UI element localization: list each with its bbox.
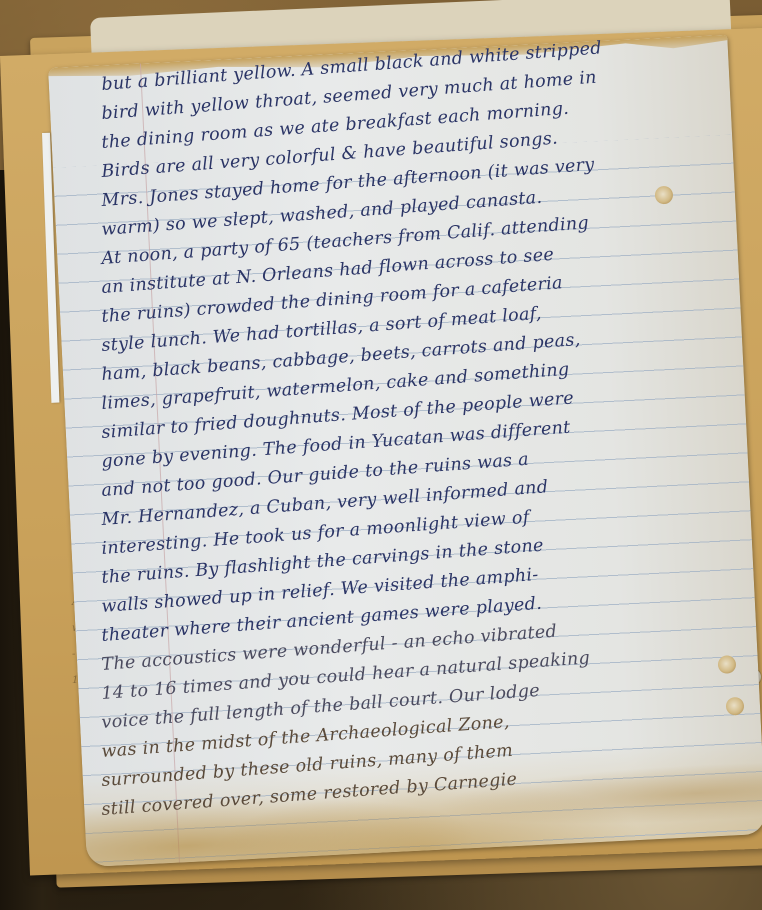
handwritten-text: but a brilliant yellow. A small black an…: [102, 71, 672, 825]
